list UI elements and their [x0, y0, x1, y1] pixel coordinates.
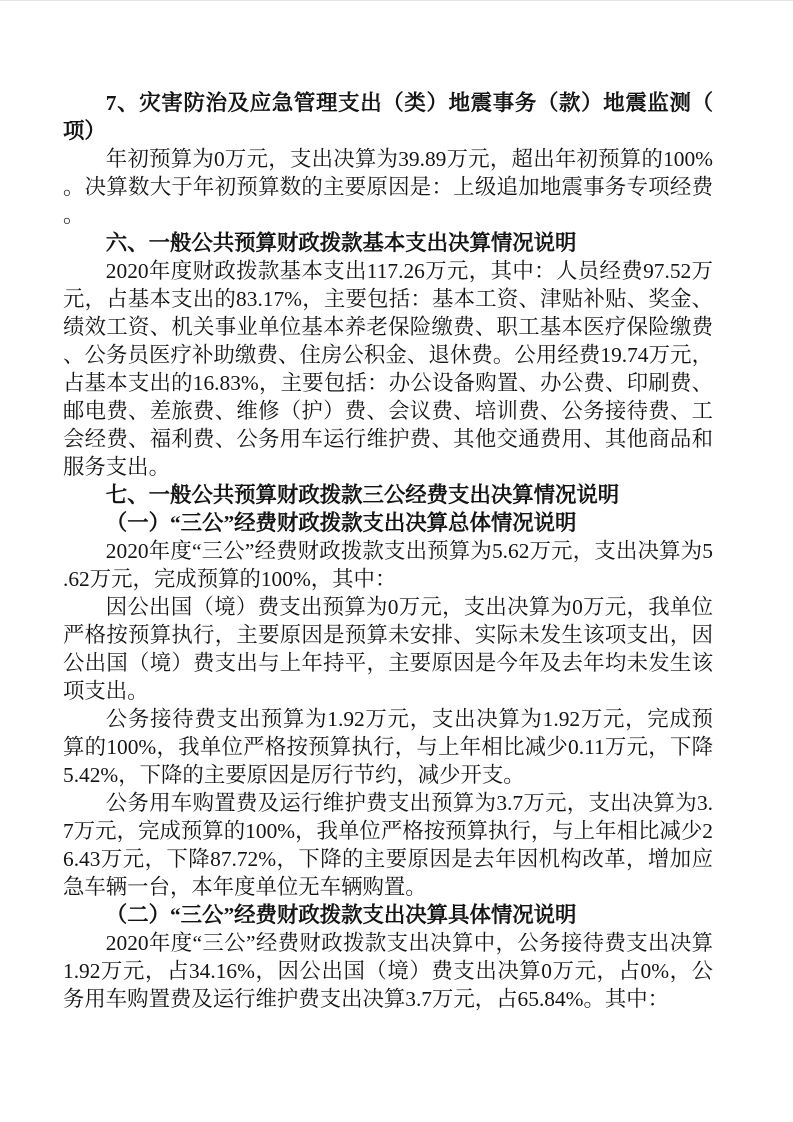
section-heading: 七、一般公共预算财政拨款三公经费支出决算情况说明: [63, 481, 713, 509]
section-heading: 7、灾害防治及应急管理支出（类）地震事务（款）地震监测（项）: [63, 89, 713, 145]
section-heading: （二）“三公”经费财政拨款支出决算具体情况说明: [63, 901, 713, 929]
document-body: 7、灾害防治及应急管理支出（类）地震事务（款）地震监测（项）年初预算为0万元，支…: [63, 89, 713, 1013]
top-edge-line: [0, 0, 793, 1]
paragraph: 2020年度财政拨款基本支出117.26万元，其中：人员经费97.52万元，占基…: [63, 257, 713, 481]
paragraph: 年初预算为0万元，支出决算为39.89万元，超出年初预算的100%。决算数大于年…: [63, 145, 713, 229]
section-heading: （一）“三公”经费财政拨款支出决算总体情况说明: [63, 509, 713, 537]
paragraph: 公务用车购置费及运行维护费支出预算为3.7万元，支出决算为3.7万元，完成预算的…: [63, 789, 713, 901]
paragraph: 因公出国（境）费支出预算为0万元，支出决算为0万元，我单位严格按预算执行，主要原…: [63, 593, 713, 705]
paragraph: 2020年度“三公”经费财政拨款支出决算中，公务接待费支出决算1.92万元，占3…: [63, 929, 713, 1013]
paragraph: 2020年度“三公”经费财政拨款支出预算为5.62万元，支出决算为5.62万元，…: [63, 537, 713, 593]
section-heading: 六、一般公共预算财政拨款基本支出决算情况说明: [63, 229, 713, 257]
page: { "page": { "background_color": "#ffffff…: [0, 0, 793, 1122]
paragraph: 公务接待费支出预算为1.92万元，支出决算为1.92万元，完成预算的100%，我…: [63, 705, 713, 789]
